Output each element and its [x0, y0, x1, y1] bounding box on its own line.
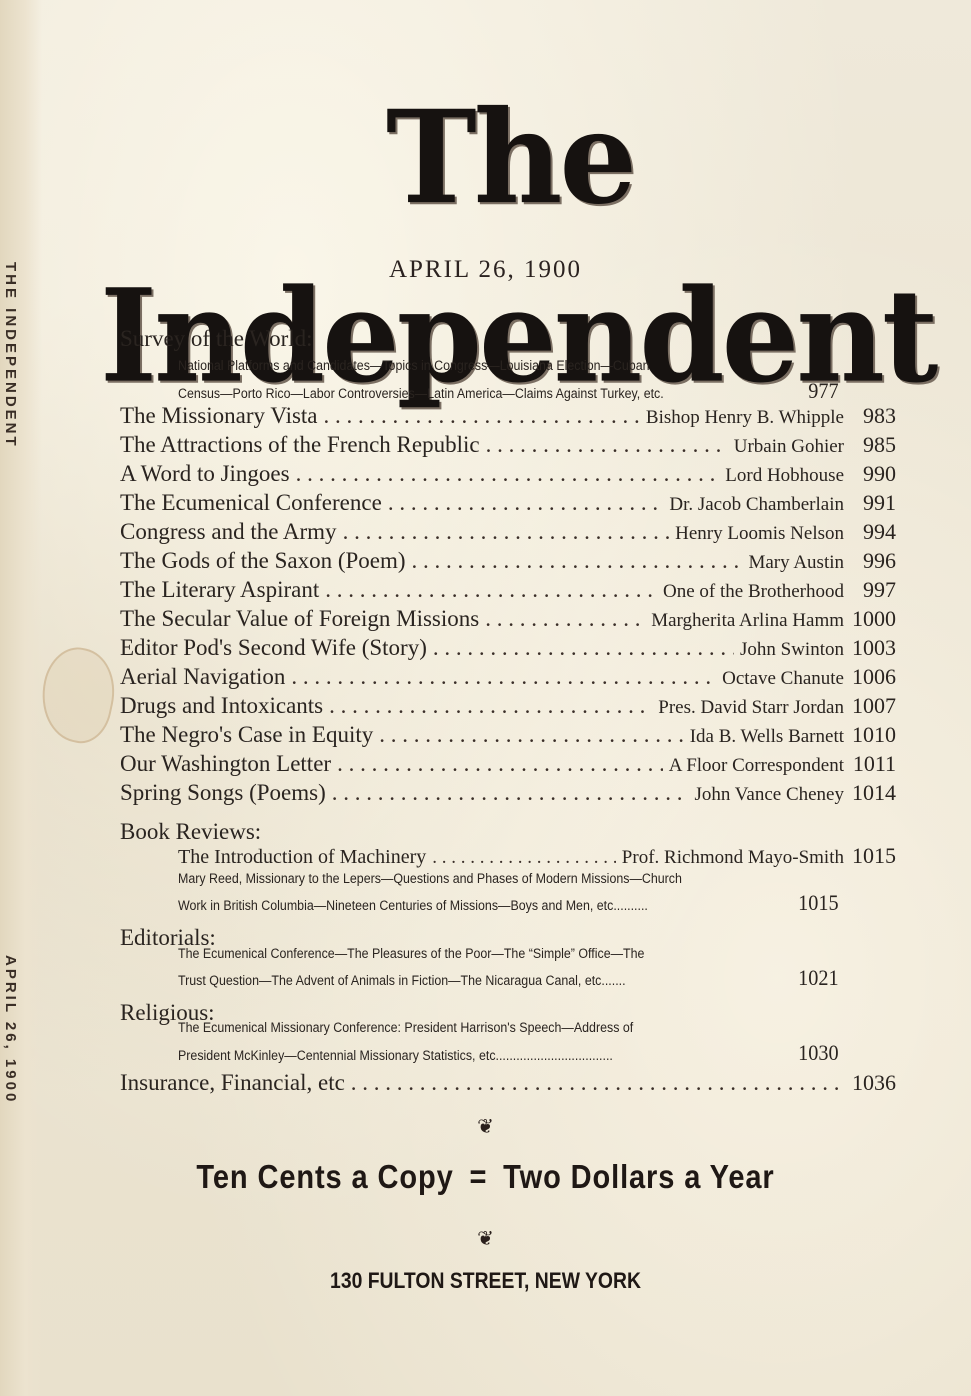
issue-date: APRIL 26, 1900	[0, 256, 971, 284]
toc-entry: Drugs and IntoxicantsPres. David Starr J…	[120, 693, 896, 723]
page-number: 997	[844, 577, 896, 603]
page-number: 990	[844, 461, 896, 487]
toc-entry: Aerial NavigationOctave Chanute1006	[120, 664, 896, 694]
price-line: Ten Cents a Copy=Two Dollars a Year	[58, 1158, 912, 1196]
page-number: 1021	[783, 965, 838, 991]
dot-leader	[332, 780, 689, 806]
price-separator: =	[469, 1158, 487, 1195]
fleuron-ornament-icon: ❦	[0, 1226, 971, 1251]
water-stain	[33, 642, 123, 749]
dot-leader	[296, 461, 720, 487]
dot-leader	[343, 519, 670, 545]
price-per-copy: Ten Cents a Copy	[196, 1158, 453, 1195]
dot-leader	[485, 606, 645, 632]
spine	[0, 0, 42, 1396]
dot-leader	[351, 1070, 838, 1096]
toc-entry: The Secular Value of Foreign MissionsMar…	[120, 606, 896, 636]
page-number: 1015	[783, 890, 838, 916]
fleuron-ornament-icon: ❦	[0, 1114, 971, 1139]
page-number: 991	[844, 490, 896, 516]
page-number: 1014	[844, 780, 896, 806]
toc-entry: The Introduction of MachineryProf. Richm…	[178, 843, 896, 873]
toc-entry: Spring Songs (Poems)John Vance Cheney101…	[120, 780, 896, 810]
dot-leader	[324, 403, 640, 429]
publisher-address: 130 FULTON STREET, NEW YORK	[58, 1268, 912, 1294]
toc-entry: Congress and the ArmyHenry Loomis Nelson…	[120, 519, 896, 549]
book-reviews-line1: Mary Reed, Missionary to the Lepers—Ques…	[178, 871, 839, 886]
survey-topics-line2: Census—Porto Rico—Labor Controversies—La…	[178, 378, 839, 404]
dot-leader	[433, 635, 734, 661]
religious-line1: The Ecumenical Missionary Conference: Pr…	[178, 1020, 839, 1035]
page-number: 1015	[844, 843, 896, 869]
toc-entry: The Ecumenical ConferenceDr. Jacob Chamb…	[120, 490, 896, 520]
toc-entry: Our Washington LetterA Floor Corresponde…	[120, 751, 896, 781]
page-number: 985	[844, 432, 896, 458]
page-number: 1010	[844, 722, 896, 748]
page-number: 983	[844, 403, 896, 429]
masthead-title: The Independent	[100, 68, 920, 247]
editorials-line1: The Ecumenical Conference—The Pleasures …	[178, 946, 839, 961]
toc-entry: Editor Pod's Second Wife (Story)John Swi…	[120, 635, 896, 665]
dot-leader	[337, 751, 663, 777]
section-heading-survey: Survey of the World:	[120, 326, 313, 352]
page-number: 1011	[844, 751, 896, 777]
dot-leader	[379, 722, 683, 748]
page-number: 1000	[844, 606, 896, 632]
religious-line2: President McKinley—Centennial Missionary…	[178, 1040, 839, 1066]
survey-topics-line1: National Platforms and Candidates—Topics…	[178, 358, 839, 373]
dot-leader	[291, 664, 716, 690]
page-number: 996	[844, 548, 896, 574]
page-number: 1007	[844, 693, 896, 719]
toc-entry: The Attractions of the French RepublicUr…	[120, 432, 896, 462]
spine-date: APRIL 26, 1900	[2, 955, 19, 1104]
section-heading-book-reviews: Book Reviews:	[120, 819, 261, 845]
dot-leader	[325, 577, 657, 603]
toc-entry: The Gods of the Saxon (Poem)Mary Austin9…	[120, 548, 896, 578]
dot-leader	[388, 490, 664, 516]
dot-leader	[432, 847, 616, 869]
page-number: 1006	[844, 664, 896, 690]
page-number: 977	[783, 378, 838, 404]
magazine-cover: THE INDEPENDENT APRIL 26, 1900 The Indep…	[0, 0, 971, 1396]
toc-entry: A Word to JingoesLord Hobhouse990	[120, 461, 896, 491]
dot-leader	[412, 548, 743, 574]
toc-entry: The Negro's Case in EquityIda B. Wells B…	[120, 722, 896, 752]
page-number: 1036	[844, 1070, 896, 1096]
editorials-line2: Trust Question—The Advent of Animals in …	[178, 965, 839, 991]
page-number: 1030	[783, 1040, 838, 1066]
dot-leader	[486, 432, 728, 458]
page-number: 1003	[844, 635, 896, 661]
toc-entry: Insurance, Financial, etc1036	[120, 1070, 896, 1100]
toc-entry: The Missionary VistaBishop Henry B. Whip…	[120, 403, 896, 433]
page-number: 994	[844, 519, 896, 545]
book-reviews-line2: Work in British Columbia—Nineteen Centur…	[178, 890, 839, 916]
spine-title: THE INDEPENDENT	[2, 262, 19, 449]
toc-entry: The Literary AspirantOne of the Brotherh…	[120, 577, 896, 607]
dot-leader	[329, 693, 652, 719]
price-per-year: Two Dollars a Year	[503, 1158, 774, 1195]
